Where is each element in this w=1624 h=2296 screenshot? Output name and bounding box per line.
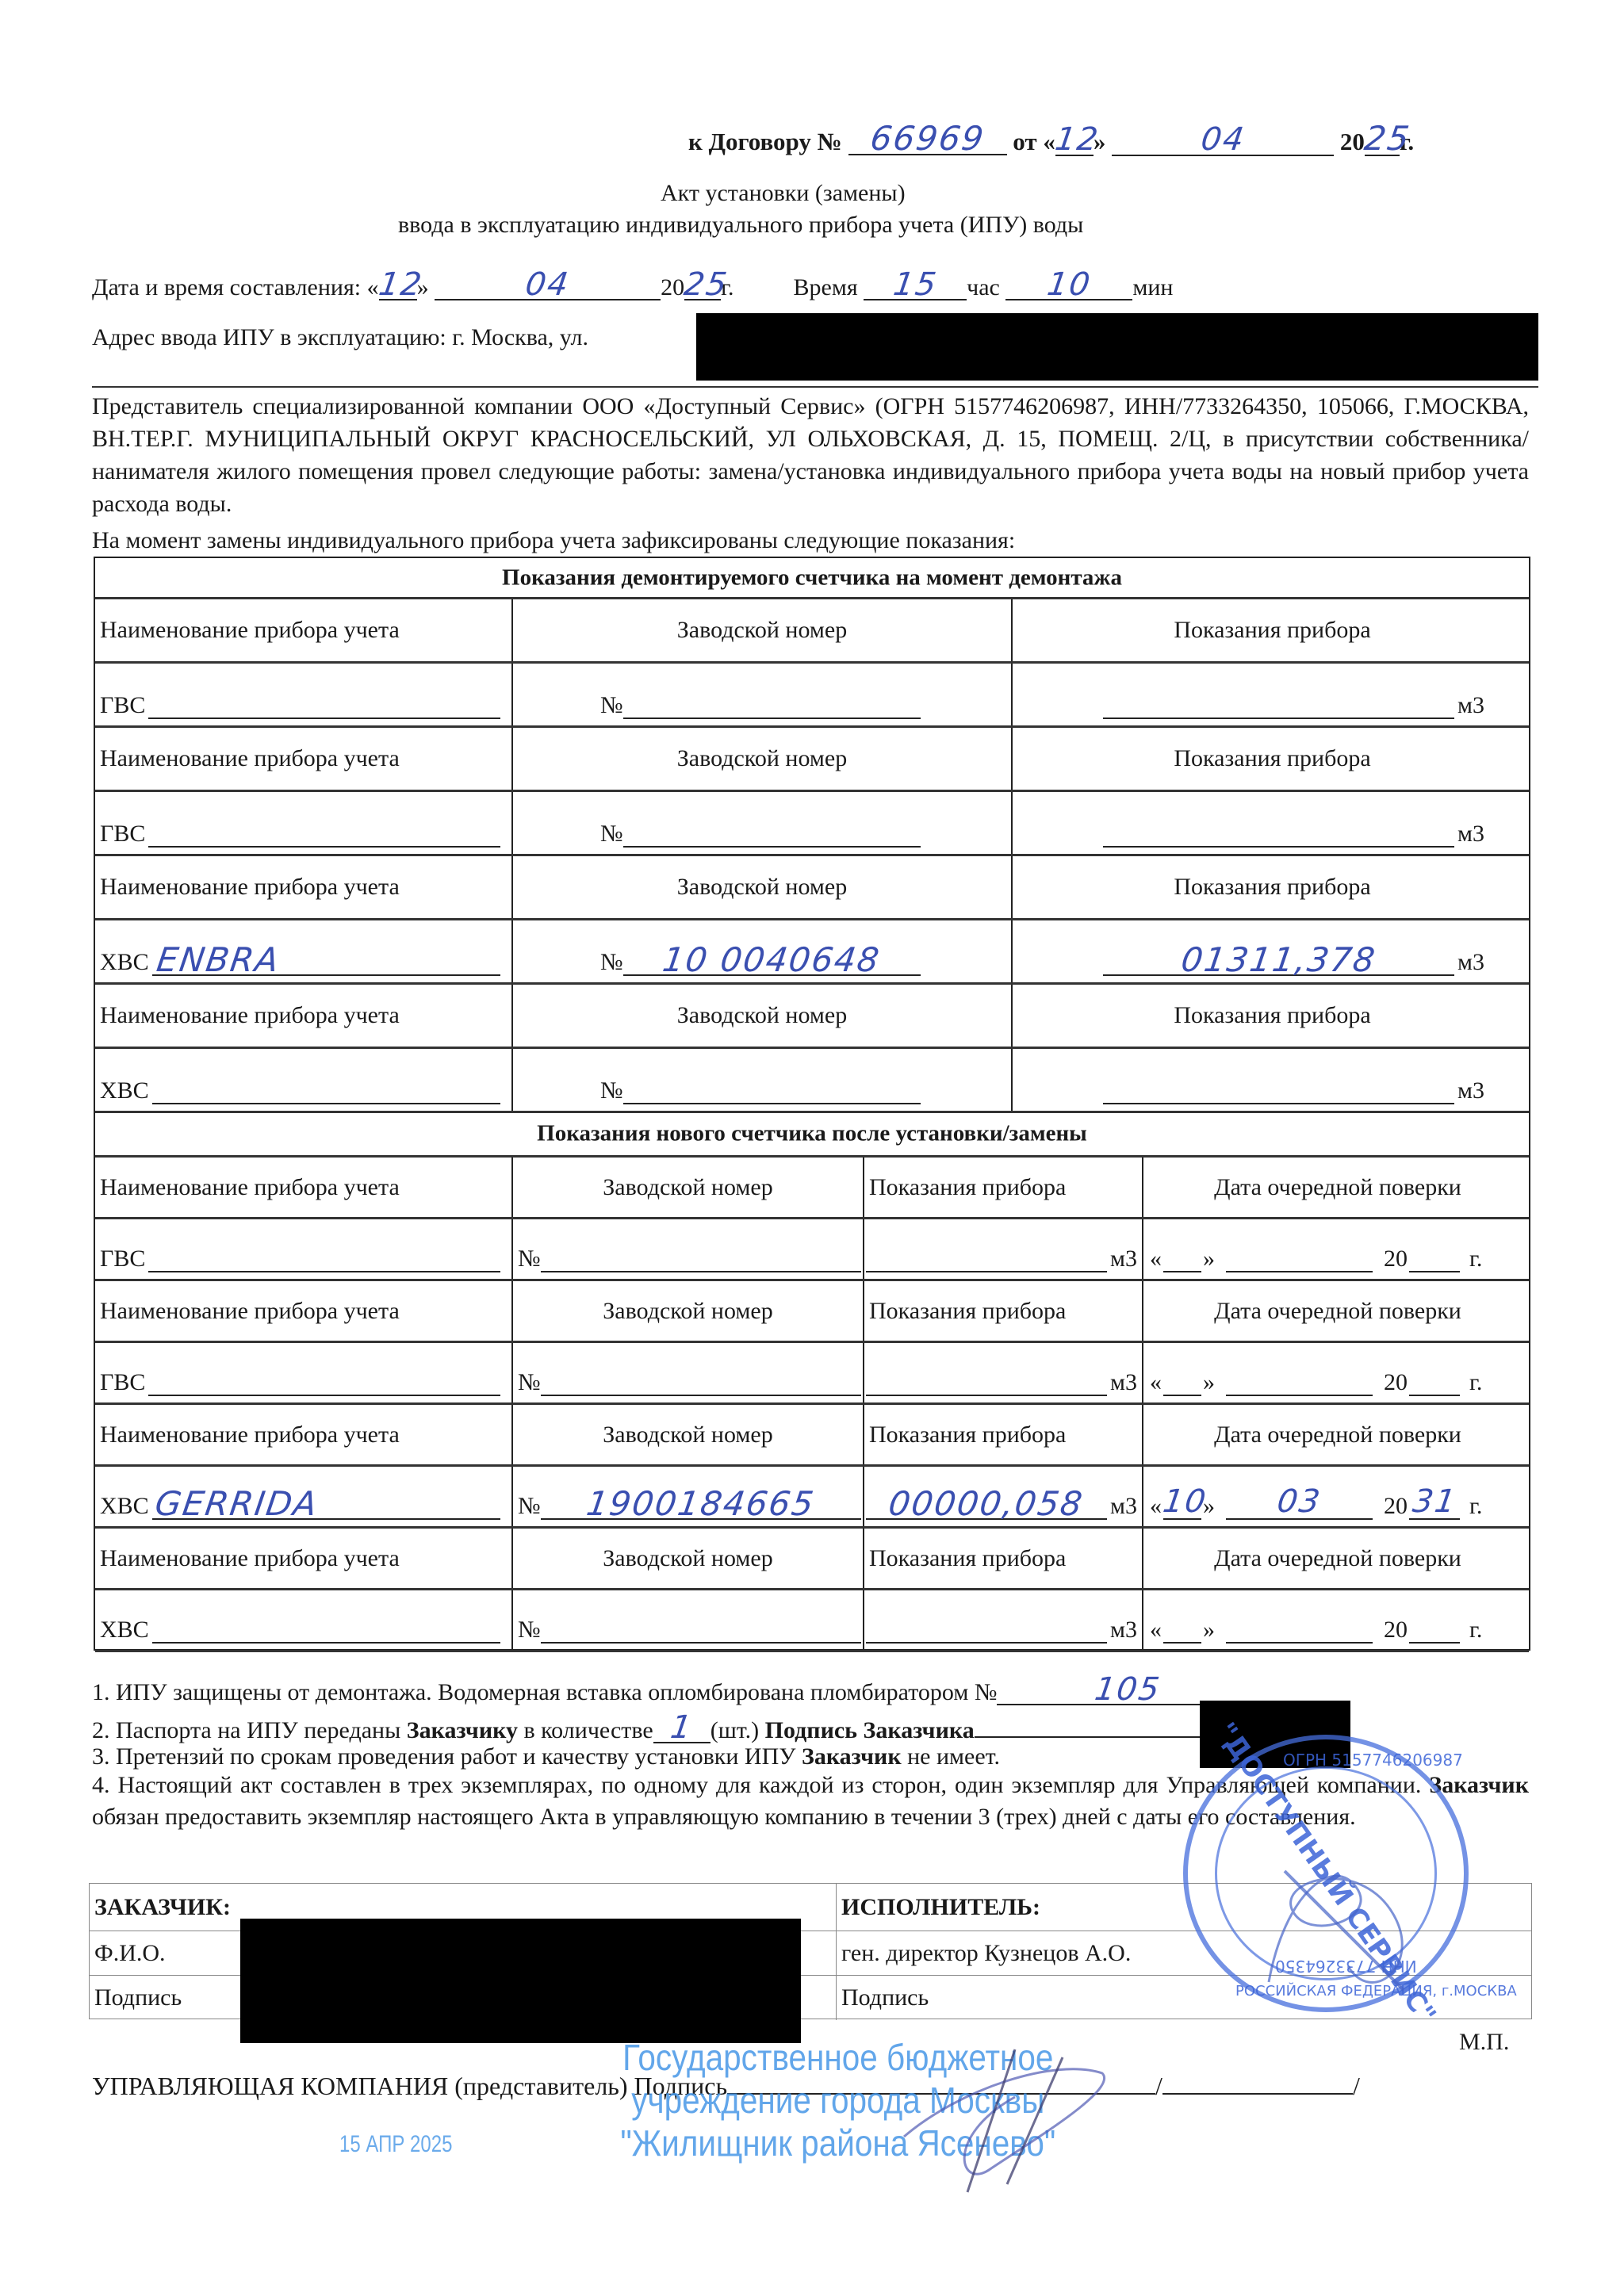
header-cell: Заводской номер	[513, 728, 1013, 790]
reading-cell: м3	[1013, 1049, 1532, 1111]
serial-field: 10 0040648	[623, 947, 921, 976]
new-meters-header-row: Наименование прибора учетаЗаводской номе…	[95, 1529, 1529, 1590]
serial-line: №	[600, 691, 924, 719]
date-open-quote: «	[1150, 1493, 1162, 1520]
meter-name-field: ENBRA	[152, 947, 500, 976]
meter-name-line: ХВСGERRIDA	[100, 1491, 504, 1520]
serial-line: №	[518, 1368, 861, 1396]
serial-cell: №	[513, 664, 1013, 725]
contract-year-field: 25	[1365, 128, 1400, 156]
column-header: Заводской номер	[518, 1174, 858, 1201]
year-label: г.	[1469, 1493, 1482, 1520]
reading-line: м3	[1100, 819, 1484, 848]
header-cell: Показания прибора	[1013, 856, 1532, 918]
year-label: г.	[1469, 1617, 1482, 1644]
serial-line: №10 0040648	[600, 947, 924, 976]
contract-prefix: к Договору №	[688, 128, 842, 155]
contract-day: 12	[1054, 128, 1101, 151]
reading-line: м3	[866, 1368, 1137, 1396]
customer-name-redaction	[240, 1919, 801, 2043]
header-cell: Показания прибора	[864, 1405, 1143, 1464]
header-cell: Показания прибора	[864, 1529, 1143, 1588]
header-cell: Наименование прибора учета	[95, 1405, 513, 1464]
meter-name-line: ГВС	[100, 819, 504, 848]
verification-year-field	[1409, 1615, 1460, 1644]
year-prefix: 20	[1384, 1617, 1408, 1644]
serial-number: 1900184665	[584, 1488, 817, 1520]
serial-cell: №	[513, 1343, 864, 1402]
column-header: Заводской номер	[518, 874, 1006, 901]
number-sign: №	[600, 692, 623, 719]
column-header: Дата очередной поверки	[1148, 1545, 1527, 1572]
unit-label: м3	[1457, 1077, 1484, 1104]
serial-line: №	[600, 1076, 924, 1104]
number-sign: №	[518, 1617, 541, 1644]
serial-line: №	[518, 1615, 861, 1644]
meter-name-cell: ГВС	[95, 1343, 513, 1402]
old-meter-row: ХВС№м3	[95, 1049, 1529, 1113]
verification-year-field	[1409, 1244, 1460, 1272]
verification-date-cell: «»20г.	[1143, 1219, 1532, 1279]
column-header: Показания прибора	[1017, 617, 1527, 644]
column-header: Заводской номер	[518, 1545, 858, 1572]
term-2-text-c: (шт.)	[710, 1717, 765, 1743]
seal-ogrn: ОГРН 5157746206987	[1283, 1751, 1463, 1770]
meter-type: ХВС	[100, 1493, 149, 1520]
header-cell: Показания прибора	[864, 1158, 1143, 1217]
reading-cell: м3	[1013, 792, 1532, 854]
meter-name-cell: ГВС	[95, 664, 513, 725]
readings-intro: На момент замены индивидуального прибора…	[92, 526, 1015, 555]
reading-cell: 00000,058м3	[864, 1467, 1143, 1526]
compose-month-field: 04	[435, 274, 661, 300]
intro-paragraph: Представитель специализированной компани…	[92, 390, 1529, 520]
contract-year-prefix: 20	[1340, 128, 1365, 155]
management-separator-end: /	[1353, 2072, 1360, 2100]
header-cell: Наименование прибора учета	[95, 1529, 513, 1588]
number-sign: №	[518, 1493, 541, 1520]
reading-field: 00000,058	[866, 1491, 1107, 1520]
meter-name-field	[152, 1615, 500, 1644]
meter-type: ХВС	[100, 1077, 149, 1104]
serial-field: 1900184665	[541, 1491, 861, 1520]
serial-cell: №	[513, 1590, 864, 1650]
column-header: Дата очередной поверки	[1148, 1174, 1527, 1201]
meter-name-field	[148, 819, 500, 848]
header-cell: Дата очередной поверки	[1143, 1158, 1532, 1217]
minutes-value: 10	[1046, 274, 1093, 295]
verification-day-field: 10	[1163, 1491, 1201, 1520]
old-meters-title: Показания демонтируемого счетчика на мом…	[95, 564, 1529, 591]
old-meters-header-row: Наименование прибора учетаЗаводской номе…	[95, 728, 1529, 792]
new-meter-row: ХВСGERRIDA№190018466500000,058м3«10»0320…	[95, 1467, 1529, 1529]
verification-year-field	[1409, 1368, 1460, 1396]
column-header: Заводской номер	[518, 617, 1006, 644]
column-header: Показания прибора	[869, 1422, 1137, 1448]
column-header: Дата очередной поверки	[1148, 1422, 1527, 1448]
verification-date-cell: «»20г.	[1143, 1343, 1532, 1402]
number-sign: №	[600, 821, 623, 848]
hours-label: час	[967, 274, 1000, 300]
old-meters-title-row: Показания демонтируемого счетчика на мом…	[95, 558, 1529, 599]
header-cell: Наименование прибора учета	[95, 1158, 513, 1217]
year-prefix: 20	[1384, 1246, 1408, 1272]
term-3-text-a: 3. Претензий по срокам проведения работ …	[92, 1743, 802, 1770]
unit-label: м3	[1110, 1617, 1137, 1644]
contract-line: к Договору № 66969 от «12» 04 2025г.	[688, 127, 1414, 156]
meter-type: ХВС	[100, 949, 149, 976]
column-header: Показания прибора	[869, 1174, 1137, 1201]
header-cell: Дата очередной поверки	[1143, 1405, 1532, 1464]
seal-label: М.П.	[1459, 2028, 1509, 2057]
passport-count: 1	[669, 1717, 694, 1738]
meter-type: ГВС	[100, 821, 145, 848]
serial-field	[541, 1244, 861, 1272]
serial-line: №1900184665	[518, 1491, 861, 1520]
new-meter-row: ГВС№м3«»20г.	[95, 1219, 1529, 1281]
number-sign: №	[600, 949, 623, 976]
serial-cell: №	[513, 1049, 1013, 1111]
column-header: Показания прибора	[1017, 874, 1527, 901]
new-meters-title: Показания нового счетчика после установк…	[95, 1120, 1529, 1146]
meter-name-field	[148, 1244, 500, 1272]
old-meters-header-row: Наименование прибора учетаЗаводской номе…	[95, 599, 1529, 664]
meter-name-field	[152, 1076, 500, 1104]
document-subtitle: ввода в эксплуатацию индивидуального при…	[398, 211, 1083, 239]
customer-header: ЗАКАЗЧИК:	[94, 1894, 831, 1921]
column-header: Показания прибора	[1017, 1002, 1527, 1029]
unit-label: м3	[1457, 821, 1484, 848]
reading-cell: м3	[864, 1343, 1143, 1402]
contract-month: 04	[1200, 128, 1247, 151]
header-cell: Наименование прибора учета	[95, 856, 513, 918]
header-cell: Наименование прибора учета	[95, 985, 513, 1047]
column-header: Заводской номер	[518, 1422, 858, 1448]
reading-line: 01311,378м3	[1100, 947, 1484, 976]
reading-field	[1103, 1076, 1454, 1104]
meter-type: ГВС	[100, 1369, 145, 1396]
meter-name-line: ГВС	[100, 1368, 504, 1396]
serial-cell: №10 0040648	[513, 920, 1013, 982]
address-underline	[92, 386, 1538, 388]
meter-name: ENBRA	[155, 944, 282, 976]
minutes-label: мин	[1132, 274, 1173, 300]
column-header: Дата очередной поверки	[1148, 1298, 1527, 1325]
compose-month: 04	[524, 274, 571, 296]
management-separator: /	[1155, 2072, 1162, 2100]
date-close-quote: »	[1203, 1369, 1215, 1396]
unit-label: м3	[1110, 1246, 1137, 1272]
address-label: Адрес ввода ИПУ в эксплуатацию: г. Москв…	[92, 323, 588, 352]
minutes-field: 10	[1005, 274, 1132, 300]
serial-cell: №1900184665	[513, 1467, 864, 1526]
verification-month-field	[1226, 1368, 1373, 1396]
header-cell: Показания прибора	[1013, 599, 1532, 661]
reading-field: 01311,378	[1103, 947, 1454, 976]
serial-field	[541, 1615, 861, 1644]
reading-line: м3	[866, 1615, 1137, 1644]
verification-month-field	[1226, 1615, 1373, 1644]
meter-name-line: ХВСENBRA	[100, 947, 504, 976]
term-4-bold: Заказчик	[1429, 1772, 1529, 1798]
term-3-text-b: не имеет.	[902, 1743, 1000, 1770]
verification-date-line: «»20г.	[1150, 1244, 1526, 1272]
term-1: 1. ИПУ защищены от демонтажа. Водомерная…	[92, 1678, 1258, 1707]
customer-signature-label: Подпись Заказчика	[765, 1717, 975, 1743]
serial-cell: №	[513, 792, 1013, 854]
serial-line: №	[518, 1244, 861, 1272]
verification-day-field	[1163, 1615, 1201, 1644]
header-cell: Наименование прибора учета	[95, 599, 513, 661]
contract-year: 25	[1363, 128, 1411, 150]
sealer-number: 105	[1094, 1681, 1162, 1698]
verification-year-field: 31	[1409, 1491, 1460, 1520]
time-label: Время	[794, 274, 858, 300]
serial-cell: №	[513, 1219, 864, 1279]
meter-name-field	[148, 691, 500, 719]
compose-year-field: 25	[684, 274, 721, 300]
reading-value: 00000,058	[887, 1488, 1086, 1520]
column-header: Наименование прибора учета	[100, 1002, 507, 1029]
date-open-quote: «	[1150, 1369, 1162, 1396]
verification-month: 03	[1275, 1487, 1323, 1517]
header-cell: Заводской номер	[513, 1281, 864, 1341]
new-meter-row: ГВС№м3«»20г.	[95, 1343, 1529, 1405]
header-cell: Заводской номер	[513, 1158, 864, 1217]
new-meters-header-row: Наименование прибора учетаЗаводской номе…	[95, 1158, 1529, 1219]
compose-day: 12	[377, 274, 424, 296]
unit-label: м3	[1110, 1493, 1137, 1520]
date-close-quote: »	[1203, 1246, 1215, 1272]
reading-line: м3	[1100, 1076, 1484, 1104]
compose-datetime-line: Дата и время составления: «12» 042025г. …	[92, 274, 1173, 302]
term-4-text-b: обязан предоставить экземпляр настоящего…	[92, 1804, 1356, 1830]
year-prefix: 20	[1384, 1493, 1408, 1520]
term-3-bold: Заказчик	[802, 1743, 902, 1770]
address-redaction	[696, 313, 1538, 381]
unit-label: м3	[1110, 1369, 1137, 1396]
meter-name-line: ХВС	[100, 1076, 504, 1104]
reading-line: м3	[866, 1244, 1137, 1272]
term-2: 2. Паспорта на ИПУ переданы Заказчику в …	[92, 1711, 1292, 1745]
old-meter-row: ХВСENBRA№10 004064801311,378м3	[95, 920, 1529, 985]
date-close-quote: »	[1203, 1617, 1215, 1644]
date-open-quote: «	[1150, 1617, 1162, 1644]
hours-field: 15	[864, 274, 967, 300]
contract-month-field: 04	[1112, 128, 1334, 156]
verification-month-field: 03	[1226, 1491, 1373, 1520]
serial-field	[623, 1076, 921, 1104]
verification-date-line: «10»032031г.	[1150, 1491, 1526, 1520]
verification-date-cell: «10»032031г.	[1143, 1467, 1532, 1526]
document-title: Акт установки (замены)	[661, 179, 906, 208]
contract-number: 66969	[869, 127, 986, 151]
old-meter-row: ГВС№м3	[95, 664, 1529, 728]
meter-name: GERRIDA	[153, 1488, 320, 1520]
old-meters-header-row: Наименование прибора учетаЗаводской номе…	[95, 856, 1529, 920]
reading-cell: м3	[1013, 664, 1532, 725]
reading-value: 01311,378	[1179, 944, 1378, 976]
number-sign: №	[518, 1369, 541, 1396]
new-meters-header-row: Наименование прибора учетаЗаводской номе…	[95, 1405, 1529, 1467]
meter-name-cell: ГВС	[95, 792, 513, 854]
new-meters-title-row: Показания нового счетчика после установк…	[95, 1112, 1529, 1158]
unit-label: м3	[1457, 949, 1484, 976]
verification-date-line: «»20г.	[1150, 1615, 1526, 1644]
compose-day-field: 12	[379, 274, 417, 300]
term-2-bold-a: Заказчику	[407, 1717, 518, 1743]
meter-name-cell: ХВСENBRA	[95, 920, 513, 982]
meter-type: ХВС	[100, 1617, 149, 1644]
new-meters-header-row: Наименование прибора учетаЗаводской номе…	[95, 1281, 1529, 1343]
verification-day: 10	[1161, 1487, 1208, 1517]
header-cell: Наименование прибора учета	[95, 728, 513, 790]
received-date-stamp: 15 АПР 2025	[339, 2131, 452, 2158]
term-1-text: 1. ИПУ защищены от демонтажа. Водомерная…	[92, 1679, 997, 1705]
contract-number-field: 66969	[848, 127, 1007, 155]
meter-type: ГВС	[100, 1246, 145, 1272]
contract-from-label: от «	[1013, 128, 1055, 155]
column-header: Показания прибора	[1017, 745, 1527, 772]
column-header: Наименование прибора учета	[100, 874, 507, 901]
column-header: Наименование прибора учета	[100, 1422, 507, 1448]
reading-cell: м3	[864, 1219, 1143, 1279]
hours-value: 15	[892, 274, 939, 295]
old-meter-row: ГВС№м3	[95, 792, 1529, 856]
old-meters-header-row: Наименование прибора учетаЗаводской номе…	[95, 985, 1529, 1049]
serial-field	[623, 691, 921, 719]
year-label: г.	[1469, 1369, 1482, 1396]
column-header: Показания прибора	[869, 1545, 1137, 1572]
date-open-quote: «	[1150, 1246, 1162, 1272]
reading-field	[1103, 691, 1454, 719]
serial-field	[623, 819, 921, 848]
reading-line: 00000,058м3	[866, 1491, 1137, 1520]
new-meter-row: ХВС№м3«»20г.	[95, 1590, 1529, 1652]
meter-name-cell: ХВС	[95, 1590, 513, 1650]
header-cell: Заводской номер	[513, 1529, 864, 1588]
reading-cell: 01311,378м3	[1013, 920, 1532, 982]
column-header: Наименование прибора учета	[100, 1298, 507, 1325]
header-cell: Заводской номер	[513, 985, 1013, 1047]
header-cell: Заводской номер	[513, 1405, 864, 1464]
header-cell: Наименование прибора учета	[95, 1281, 513, 1341]
verification-date-line: «»20г.	[1150, 1368, 1526, 1396]
verification-day-field	[1163, 1368, 1201, 1396]
term-2-text-b: в количестве	[518, 1717, 653, 1743]
contractor-signature-scribble	[1237, 1823, 1443, 2030]
management-name-field	[1162, 2068, 1353, 2095]
verification-date-cell: «»20г.	[1143, 1590, 1532, 1650]
header-cell: Дата очередной поверки	[1143, 1281, 1532, 1341]
meter-name-field: GERRIDA	[152, 1491, 500, 1520]
passport-count-field: 1	[653, 1716, 710, 1743]
number-sign: №	[518, 1246, 541, 1272]
verification-day-field	[1163, 1244, 1201, 1272]
meter-type: ГВС	[100, 692, 145, 719]
column-header: Наименование прибора учета	[100, 1174, 507, 1201]
reading-line: м3	[1100, 691, 1484, 719]
number-sign: №	[600, 1077, 623, 1104]
column-header: Наименование прибора учета	[100, 745, 507, 772]
reading-field	[866, 1368, 1107, 1396]
new-meters-table: Показания нового счетчика после установк…	[94, 1112, 1530, 1651]
meter-name-cell: ХВС	[95, 1049, 513, 1111]
compose-year-prefix: 20	[661, 274, 684, 300]
serial-number: 10 0040648	[661, 944, 883, 976]
compose-year: 25	[683, 274, 730, 295]
reading-cell: м3	[864, 1590, 1143, 1650]
meter-name-cell: ГВС	[95, 1219, 513, 1279]
term-3: 3. Претензий по срокам проведения работ …	[92, 1743, 1000, 1771]
column-header: Наименование прибора учета	[100, 1545, 507, 1572]
unit-label: м3	[1457, 692, 1484, 719]
column-header: Заводской номер	[518, 745, 1006, 772]
header-cell: Заводской номер	[513, 856, 1013, 918]
column-header: Заводской номер	[518, 1298, 858, 1325]
management-signature-scribble	[896, 2042, 1134, 2200]
column-header: Наименование прибора учета	[100, 617, 507, 644]
meter-name-line: ХВС	[100, 1615, 504, 1644]
contract-day-field: 12	[1055, 128, 1094, 156]
column-header: Заводской номер	[518, 1002, 1006, 1029]
meter-name-line: ГВС	[100, 691, 504, 719]
header-cell: Показания прибора	[864, 1281, 1143, 1341]
term-2-text-a: 2. Паспорта на ИПУ переданы	[92, 1717, 407, 1743]
header-cell: Показания прибора	[1013, 728, 1532, 790]
serial-line: №	[600, 819, 924, 848]
verification-month-field	[1226, 1244, 1373, 1272]
reading-field	[866, 1244, 1107, 1272]
header-cell: Дата очередной поверки	[1143, 1529, 1532, 1588]
serial-field	[541, 1368, 861, 1396]
compose-date-label: Дата и время составления: «	[92, 274, 379, 300]
meter-name-line: ГВС	[100, 1244, 504, 1272]
reading-field	[866, 1615, 1107, 1644]
year-prefix: 20	[1384, 1369, 1408, 1396]
meter-name-cell: ХВСGERRIDA	[95, 1467, 513, 1526]
header-cell: Заводской номер	[513, 599, 1013, 661]
meter-name-field	[148, 1368, 500, 1396]
year-label: г.	[1469, 1246, 1482, 1272]
header-cell: Показания прибора	[1013, 985, 1532, 1047]
column-header: Показания прибора	[869, 1298, 1137, 1325]
old-meters-table: Показания демонтируемого счетчика на мом…	[94, 557, 1530, 1113]
reading-field	[1103, 819, 1454, 848]
verification-year: 31	[1411, 1487, 1458, 1517]
